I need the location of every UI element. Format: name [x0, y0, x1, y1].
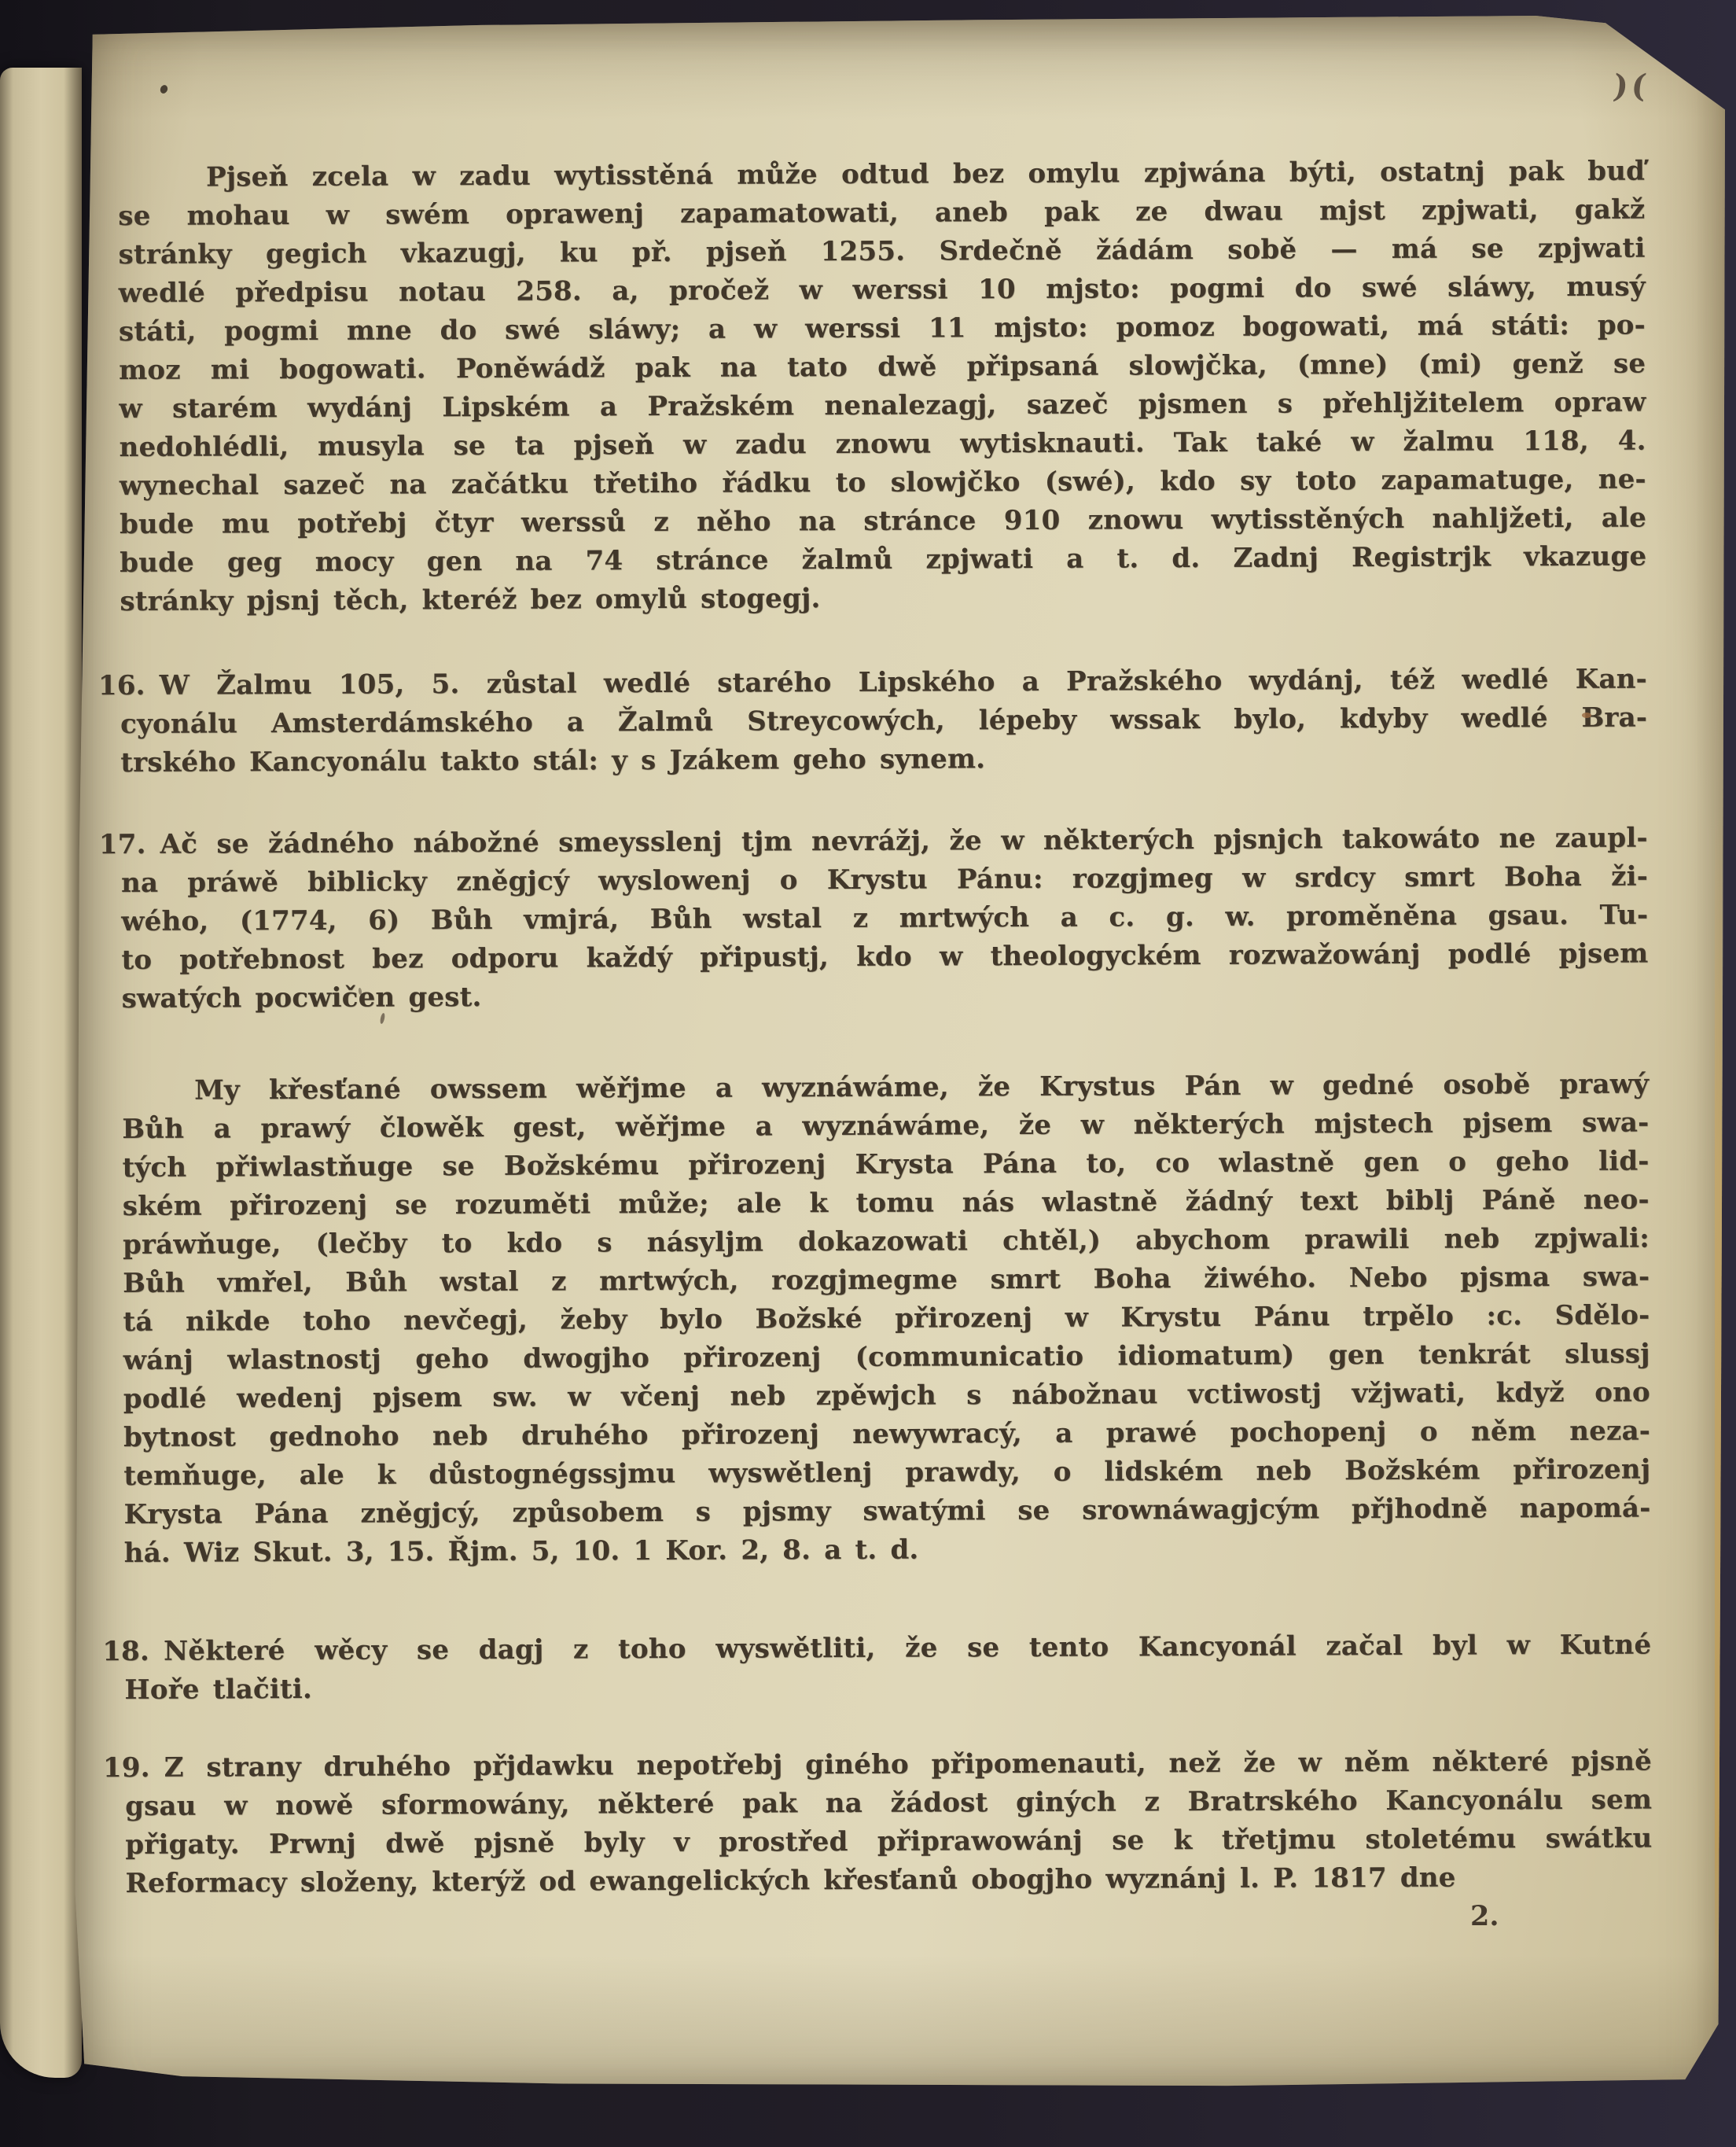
paragraph: Pjseň zcela w zadu wytisstěná může odtud… — [118, 153, 1647, 621]
text-line: temňuge, ale k důstognégssjmu wyswětlenj… — [123, 1451, 1650, 1496]
text-line: 16.W Žalmu 105, 5. zůstal wedlé starého … — [98, 661, 1647, 706]
numbered-paragraph: 19.Z strany druhého přjdawku nepotřebj g… — [125, 1743, 1653, 1903]
text-line: wánj wlastnostj geho dwogjho přirozenj (… — [123, 1335, 1650, 1380]
text-line: Reformacy složeny, kterýž od ewangelický… — [125, 1858, 1652, 1903]
foxing-spot — [1582, 713, 1591, 718]
text-line: 17.Ač se žádného nábožné smeysslenj tjm … — [99, 819, 1648, 865]
text-line: tá nikde toho nevčegj, žeby bylo Božské … — [123, 1297, 1650, 1342]
text-line: trského Kancyonálu takto stál: y s Jzáke… — [120, 738, 1647, 783]
text-line: stránky gegich vkazugj, ku př. pjseň 125… — [118, 230, 1645, 274]
text-line: práwňuge, (lečby to kdo s násyljm dokazo… — [123, 1220, 1650, 1265]
text-line: Hoře tlačiti. — [124, 1665, 1651, 1710]
text-line: wého, (1774, 6) Bůh vmjrá, Bůh wstal z m… — [121, 897, 1648, 941]
text-line: podlé wedenj pjsem sw. w včenj neb zpěwj… — [123, 1374, 1650, 1419]
text-line: ském přirozenj se rozuměti může; ale k t… — [123, 1181, 1650, 1226]
text-line: stránky pjsnj těch, kteréž bez omylů sto… — [120, 576, 1646, 621]
paragraph-number: 19. — [103, 1752, 164, 1784]
paragraph-number: 16. — [98, 670, 160, 702]
paragraph: My křesťané owssem wěřjme a wyznáwáme, ž… — [122, 1066, 1651, 1573]
text-line: w starém wydánj Lipském a Pražském nenal… — [119, 384, 1646, 429]
text-line: přigaty. Prwnj dwě pjsně byly v prostřed… — [125, 1820, 1652, 1865]
paragraph-number: 17. — [99, 829, 160, 860]
underlying-page-edge — [0, 68, 82, 2078]
text-line: nedohlédli, musyla se ta pjseň w zadu zn… — [119, 422, 1646, 467]
numbered-paragraph: 16.W Žalmu 105, 5. zůstal wedlé starého … — [120, 661, 1648, 783]
text-line: Bůh vmřel, Bůh wstal z mrtwých, rozgjmeg… — [123, 1258, 1650, 1303]
numbered-paragraph: 17.Ač se žádného nábožné smeysslenj tjm … — [121, 819, 1649, 1018]
text-line: státi, pogmi mne do swé sláwy; a w werss… — [119, 307, 1646, 352]
text-line: cyonálu Amsterdámského a Žalmů Streycowý… — [120, 699, 1647, 744]
text-line: My křesťané owssem wěřjme a wyznáwáme, ž… — [122, 1066, 1649, 1110]
text-line: Krysta Pána zněgjcý, způsobem s pjsmy sw… — [123, 1490, 1650, 1534]
page-header-mark: )( — [1612, 68, 1652, 105]
paragraph-number: 18. — [102, 1636, 164, 1667]
text-line: Bůh a prawý člowěk gest, wěřjme a wyznáw… — [122, 1104, 1649, 1149]
text-line: 19.Z strany druhého přjdawku nepotřebj g… — [103, 1743, 1652, 1788]
signature-mark: 2. — [1470, 1900, 1499, 1932]
text-line: tých přiwlastňuge se Božskému přirozenj … — [122, 1143, 1649, 1188]
text-block: Pjseň zcela w zadu wytisstěná může odtud… — [118, 153, 1653, 1903]
text-line: gsau w nowě sformowány, některé pak na ž… — [125, 1781, 1652, 1826]
text-line: bude geg mocy gen na 74 stránce žalmů zp… — [120, 538, 1646, 583]
book-scan: )( Pjseň zcela w zadu wytisstěná může od… — [0, 0, 1736, 2147]
text-line: na práwě biblicky zněgjcý wyslowenj o Kr… — [121, 858, 1648, 903]
text-line: wynechal sazeč na začátku třetiho řádku … — [120, 461, 1646, 506]
text-line: moz mi bogowati. Poněwádž pak na tato dw… — [119, 345, 1646, 390]
text-line: bytnost gednoho neb druhého přirozenj ne… — [123, 1412, 1650, 1457]
page-fore-edge — [1715, 808, 1722, 2018]
text-line: swatých pocwičen gest. — [122, 974, 1649, 1018]
text-line: bude mu potřebj čtyr werssů z něho na st… — [120, 499, 1646, 544]
text-line: to potřebnost bez odporu každý připustj,… — [121, 935, 1648, 980]
ink-speck — [159, 84, 169, 95]
text-line: wedlé předpisu notau 258. a, pročež w we… — [119, 268, 1646, 313]
numbered-paragraph: 18.Některé wěcy se dagj z toho wyswětlit… — [124, 1626, 1651, 1710]
book-page: )( Pjseň zcela w zadu wytisstěná může od… — [66, 16, 1725, 2101]
text-line: Pjseň zcela w zadu wytisstěná může odtud… — [118, 153, 1645, 197]
text-line: há. Wiz Skut. 3, 15. Řjm. 5, 10. 1 Kor. … — [124, 1528, 1651, 1573]
text-line: 18.Některé wěcy se dagj z toho wyswětlit… — [102, 1626, 1651, 1672]
text-line: se mohau w swém oprawenj zapamatowati, a… — [118, 191, 1645, 236]
